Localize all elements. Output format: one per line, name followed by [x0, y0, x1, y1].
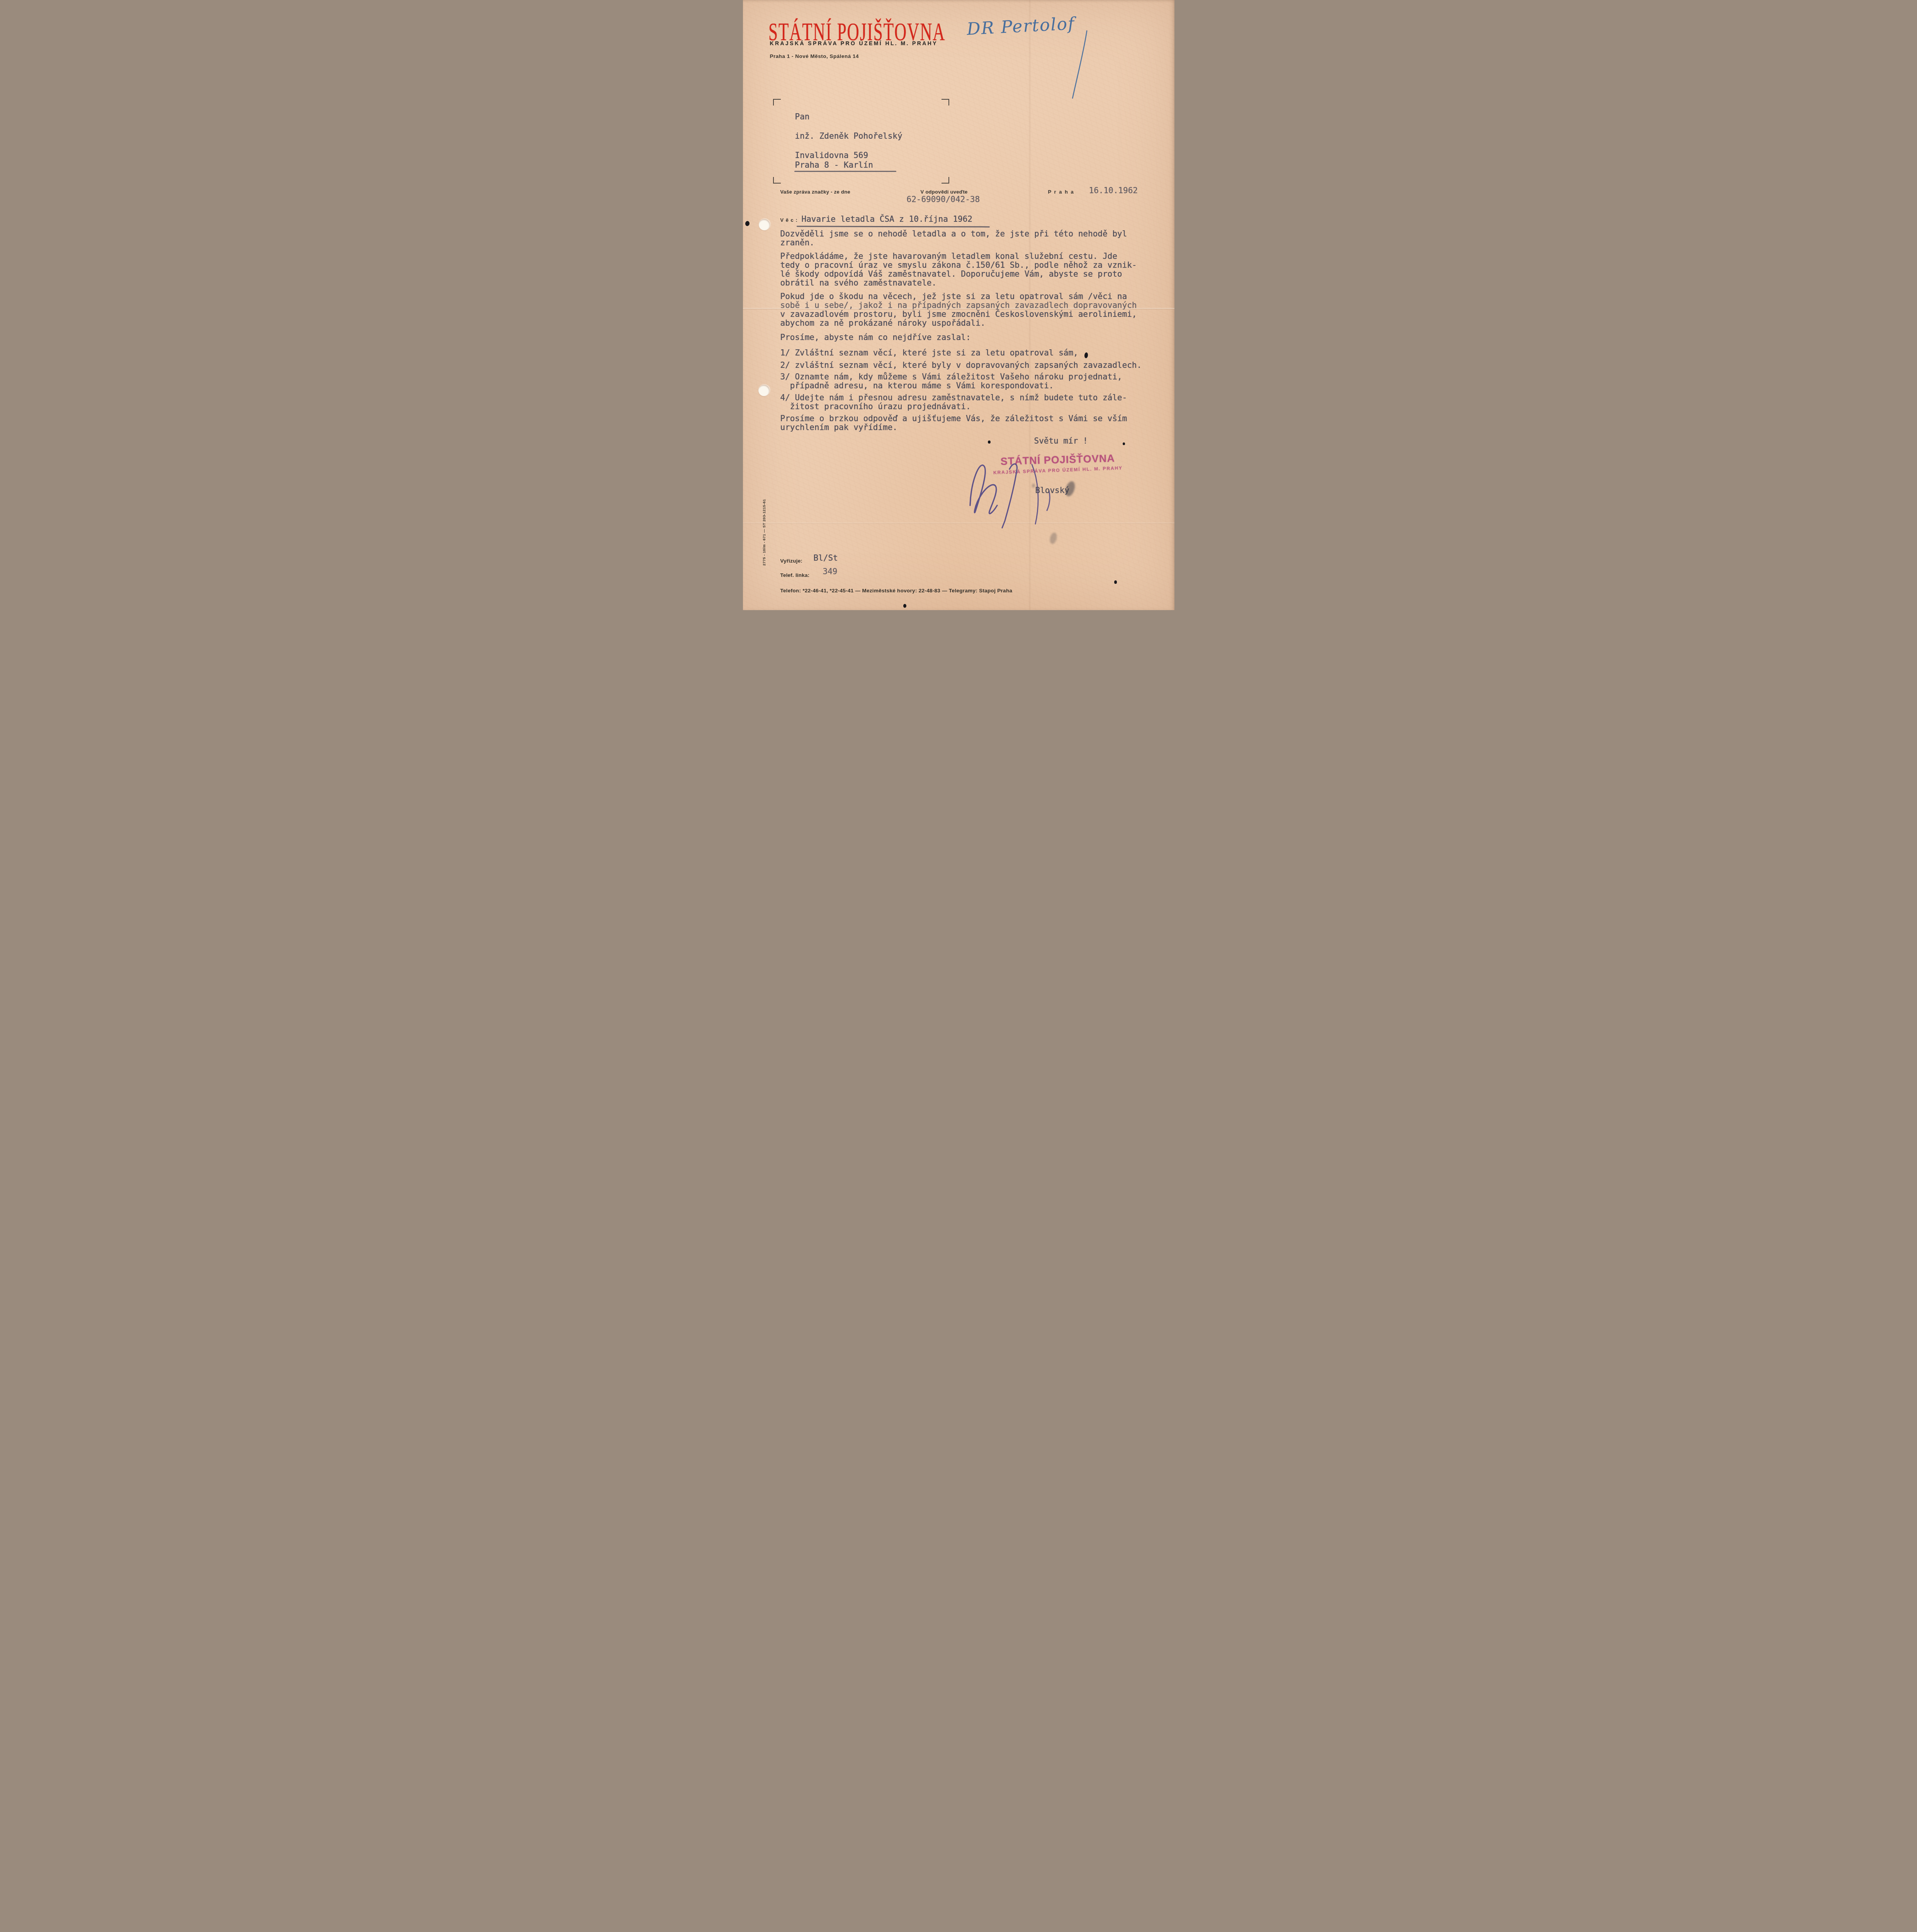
- list-item-2: 2/ zvláštní seznam věcí, které byly v do…: [780, 361, 1142, 370]
- list-item-4-cont: žitost pracovního úrazu projednávati.: [780, 402, 971, 411]
- handled-by-value: Bl/St: [814, 554, 838, 563]
- place-label: P r a h a: [1048, 189, 1074, 195]
- ink-dot: [903, 604, 906, 608]
- org-division: KRAJSKÁ SPRÁVA PRO ÚZEMÍ HL. M. PRAHY: [770, 40, 938, 46]
- org-address: Praha 1 - Nové Město, Spálená 14: [770, 53, 859, 59]
- body-line: tedy o pracovní úraz ve smyslu zákona č.…: [780, 261, 1137, 270]
- subject-text: Havarie letadla ČSA z 10.října 1962: [802, 215, 973, 224]
- address-corner-mark-bottom-right: [942, 177, 949, 184]
- handled-by-label: Vyřizuje:: [780, 558, 803, 564]
- ink-dot: [1123, 442, 1125, 445]
- signature: [952, 447, 1098, 536]
- handwritten-note-text: DR Pertolof: [966, 14, 1077, 39]
- scanned-letter-page: STÁTNÍ POJIŠŤOVNA KRAJSKÁ SPRÁVA PRO ÚZE…: [743, 0, 1174, 610]
- recipient-name: inž. Zdeněk Pohořelský: [795, 132, 902, 141]
- body-line: Dozvěděli jsme se o nehodě letadla a o t…: [780, 230, 1127, 238]
- body-line: Prosíme o brzkou odpověď a ujišťujeme Vá…: [780, 414, 1127, 423]
- our-ref-value: 62-69090/042-38: [907, 195, 980, 204]
- body-line: abychom za ně prokázané nároky uspořádal…: [780, 319, 986, 328]
- body-line: zraněn.: [780, 238, 815, 247]
- closing-slogan: Světu mír !: [1034, 437, 1088, 446]
- recipient-salutation: Pan: [795, 112, 810, 121]
- body-line: lé škody odpovídá Váš zaměstnavatel. Dop…: [780, 270, 1122, 279]
- ink-dot: [1084, 352, 1088, 359]
- list-item-4: 4/ Udejte nám i přesnou adresu zaměstnav…: [780, 393, 1127, 402]
- handwritten-note: DR Pertolof: [962, 0, 1122, 107]
- footer-contact-line: Telefon: *22-46-41, *22-45-41 — Meziměst…: [780, 588, 1013, 594]
- body-line: Předpokládáme, že jste havarovaným letad…: [780, 252, 1117, 261]
- print-code-vertical: 2775 - 10/m - 671 — ST 203-1215-61: [762, 499, 766, 566]
- phone-line-label: Telef. linka:: [780, 572, 810, 578]
- recipient-city-underline: [794, 171, 896, 172]
- list-item-1: 1/ Zvláštní seznam věcí, které jste si z…: [780, 349, 1078, 357]
- address-corner-mark-bottom-left: [773, 177, 781, 184]
- body-line: urychlením pak vyřídíme.: [780, 423, 897, 432]
- punch-hole-lower: [758, 385, 770, 396]
- body-line: Prosíme, abyste nám co nejdříve zaslal:: [780, 333, 971, 342]
- punch-hole-upper: [759, 219, 770, 230]
- ink-dot: [988, 440, 991, 444]
- body-line: sobě i u sebe/, jakož i na případných za…: [780, 301, 1137, 310]
- body-line: v zavazadlovém prostoru, byli jsme zmocn…: [780, 310, 1137, 319]
- recipient-street: Invalidovna 569: [795, 151, 868, 160]
- body-line: Pokud jde o škodu na věcech, jež jste si…: [780, 292, 1127, 301]
- your-ref-label: Vaše zpráva značky - ze dne: [780, 189, 851, 195]
- ink-dot: [745, 221, 750, 226]
- our-ref-label: V odpovědi uveďte: [921, 189, 968, 195]
- phone-line-value: 349: [823, 567, 838, 576]
- list-item-3: 3/ Oznamte nám, kdy můžeme s Vámi záleži…: [780, 372, 1122, 381]
- address-corner-mark-top-left: [773, 99, 781, 105]
- subject-label: V ě c :: [780, 217, 798, 223]
- subject-underline: [796, 226, 989, 227]
- recipient-city: Praha 8 - Karlín: [795, 161, 873, 170]
- body-line: obrátil na svého zaměstnavatele.: [780, 279, 937, 287]
- address-corner-mark-top-right: [942, 99, 949, 105]
- handwritten-flourish-tail: [1069, 31, 1090, 98]
- ink-dot: [1114, 580, 1117, 584]
- smudge: [1032, 484, 1035, 488]
- list-item-3-cont: případně adresu, na kterou máme s Vámi k…: [780, 381, 1054, 390]
- signer-name: Blovský: [1035, 486, 1070, 495]
- letter-date: 16.10.1962: [1089, 186, 1138, 195]
